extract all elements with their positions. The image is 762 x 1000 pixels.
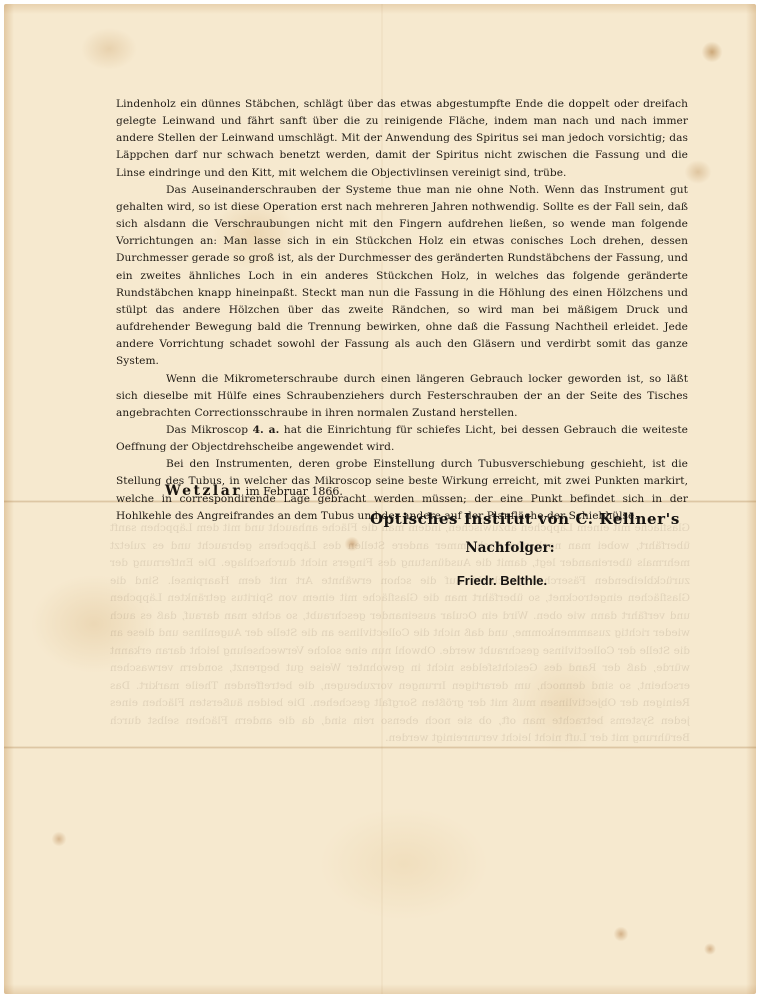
dateline: Wetzlar im Februar 1866. bbox=[165, 483, 343, 499]
paragraph: Das Mikroscop 4. a. hat die Einrichtung … bbox=[116, 422, 688, 456]
model-number: 4. a. bbox=[253, 424, 280, 436]
signature-institute: Optisches Institut von C. Kellner's bbox=[370, 510, 670, 528]
paragraph: Das Auseinanderschrauben der Systeme thu… bbox=[116, 182, 688, 371]
fold-line bbox=[4, 746, 756, 749]
signature-name: Friedr. Belthle. bbox=[352, 573, 652, 588]
paragraph: Wenn die Mikrometerschraube durch einen … bbox=[116, 371, 688, 422]
dateline-city: Wetzlar bbox=[165, 483, 242, 499]
paragraph-prefix: Das Mikroscop bbox=[166, 424, 253, 436]
dateline-date: im Februar 1866. bbox=[246, 485, 343, 498]
body-text: Lindenholz ein dünnes Stäbchen, schlägt … bbox=[116, 96, 688, 525]
paragraph: Lindenholz ein dünnes Stäbchen, schlägt … bbox=[116, 96, 688, 182]
signature-successor-label: Nachfolger: bbox=[360, 540, 660, 556]
